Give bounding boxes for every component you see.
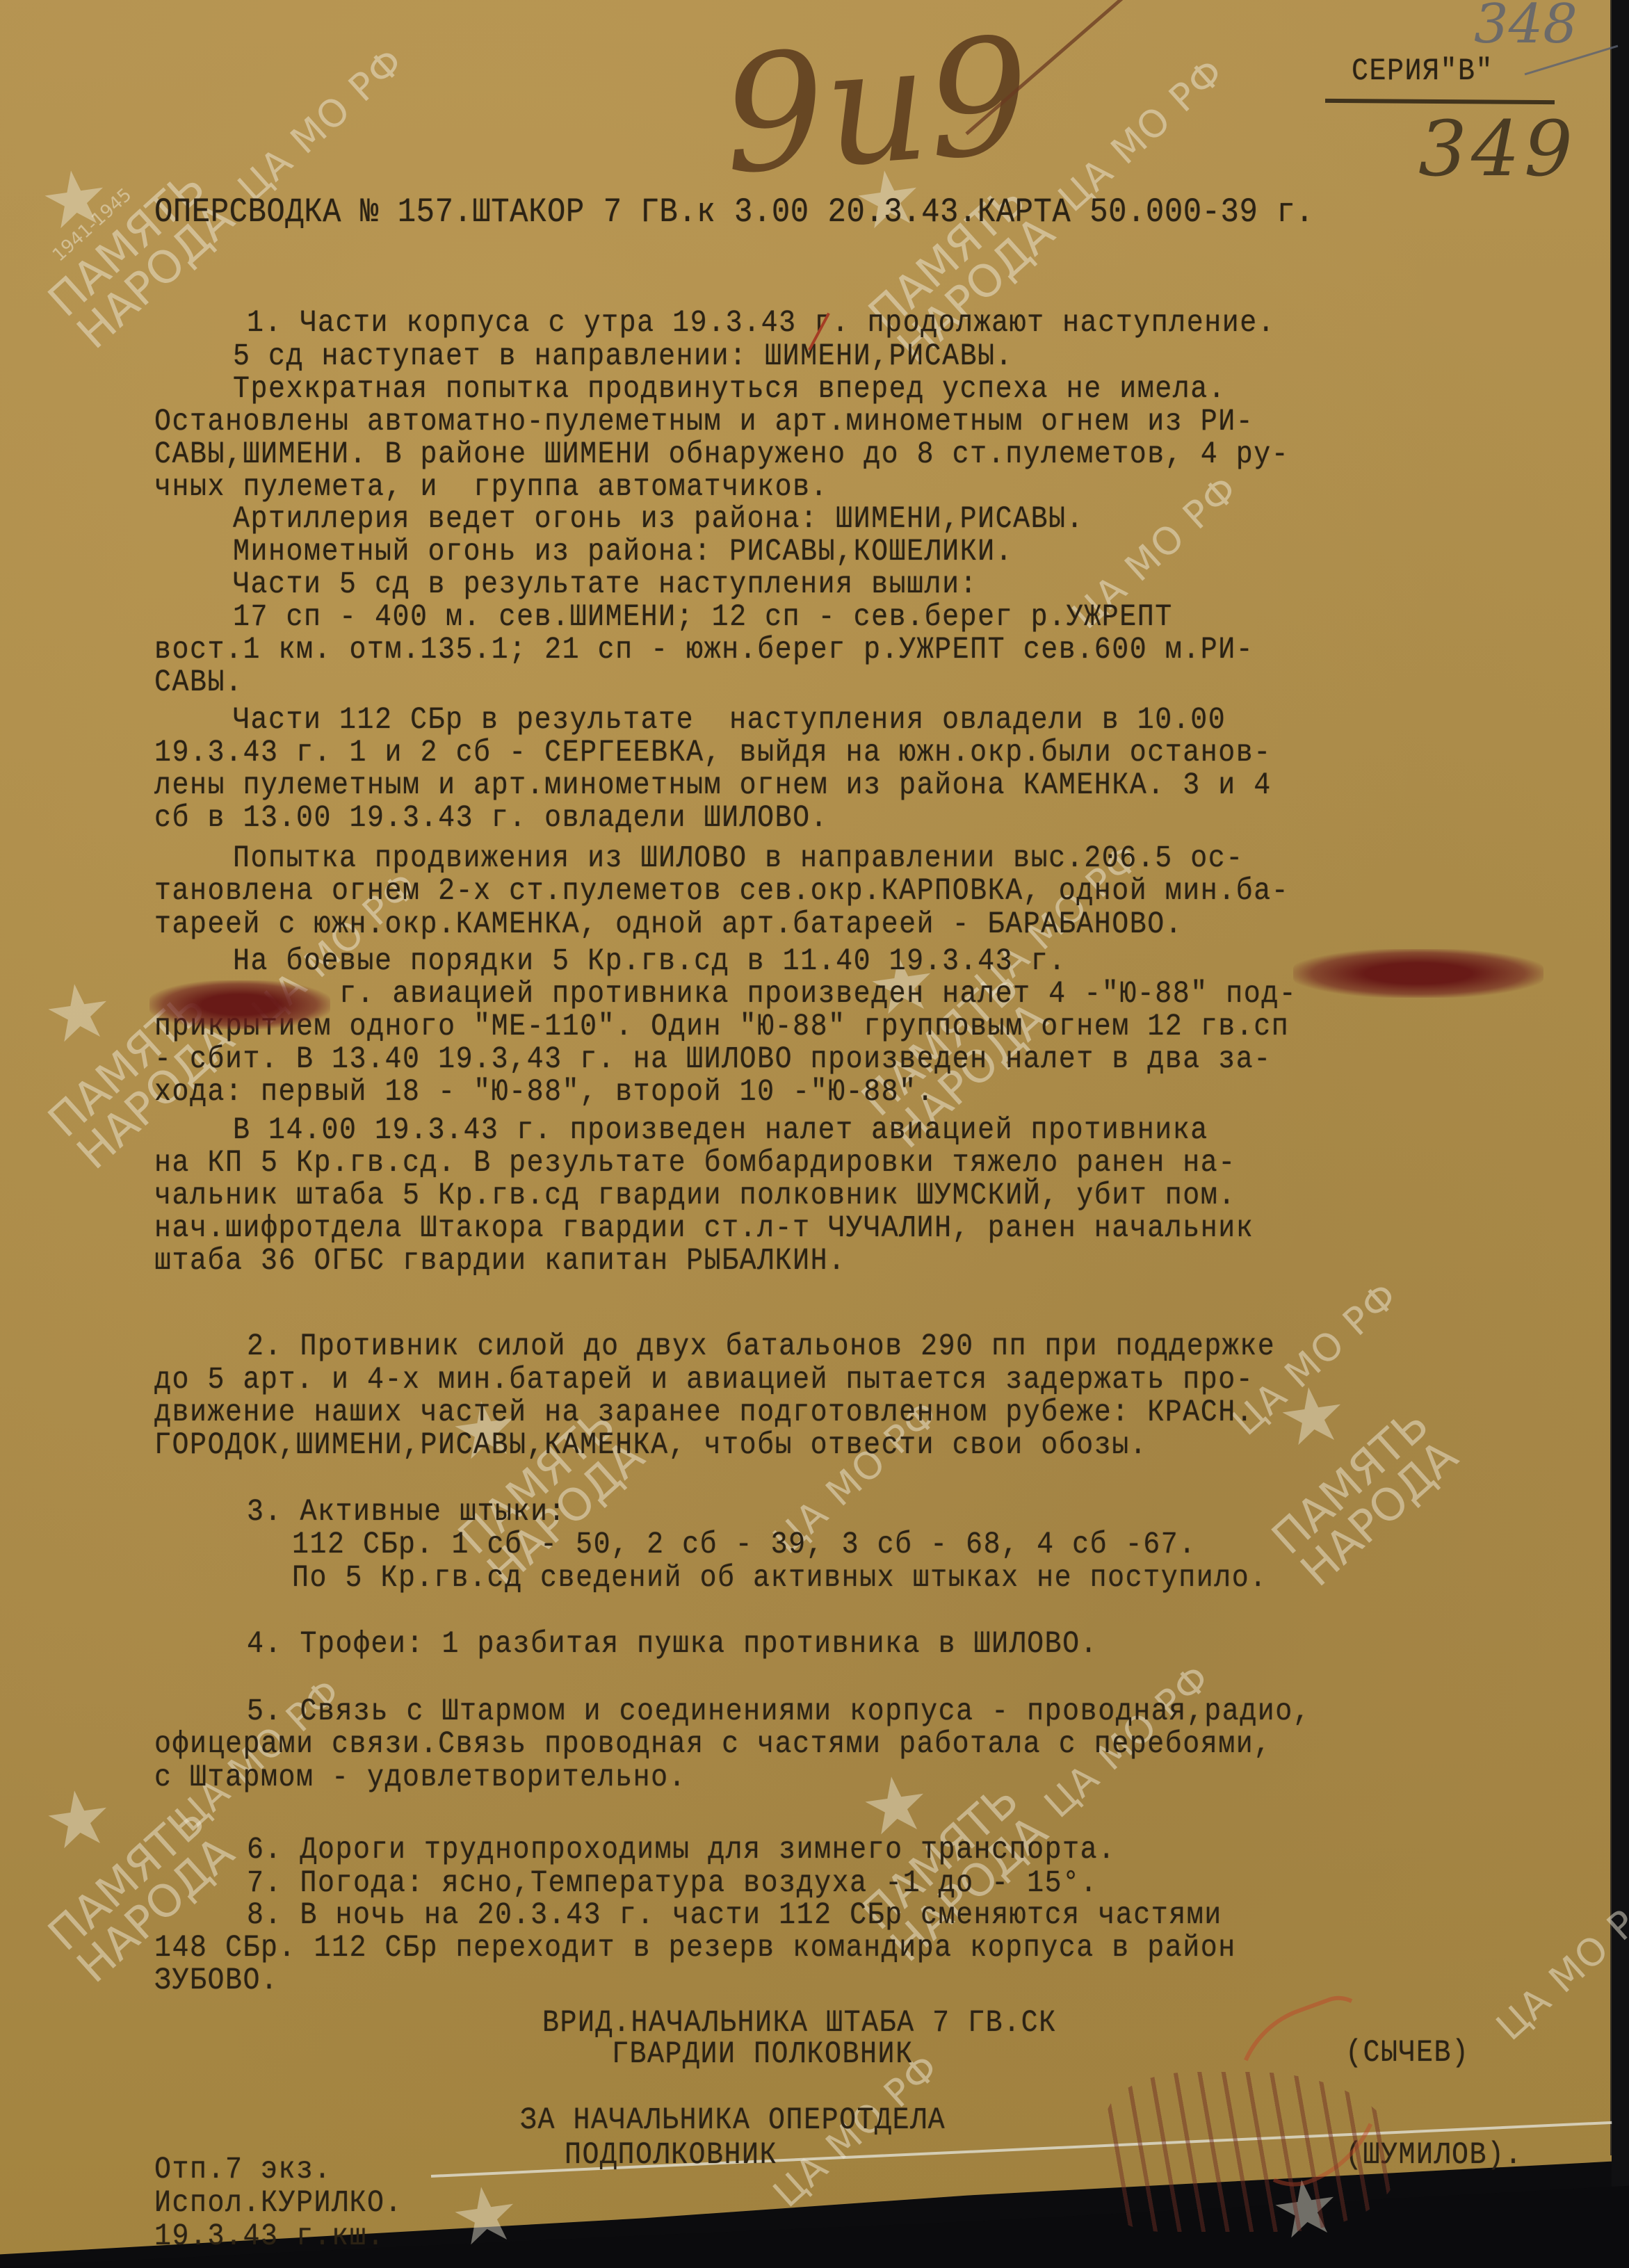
- section-1-line: Артиллерия ведет огонь из района: ШИМЕНИ…: [233, 502, 1084, 538]
- active-bayonets-5: По 5 Кр.гв.сд сведений об активных штыка…: [292, 1561, 1267, 1597]
- section-1-line: на КП 5 Кр.гв.сд. В результате бомбардир…: [154, 1146, 1236, 1182]
- page-number-pencil: 348: [1474, 0, 1578, 56]
- watermark-star-icon: ★: [38, 1770, 118, 1868]
- section-1-line: 5 сд наступает в направлении: ШИМЕНИ,РИС…: [233, 339, 1013, 375]
- section-5-line: с Штармом - удовлетворительно.: [154, 1760, 686, 1797]
- section-1-line: г. авиацией противника произведен налет …: [233, 977, 1297, 1013]
- series-label: СЕРИЯ"В": [1352, 54, 1493, 90]
- paper-edge-line: [1610, 0, 1612, 2155]
- signature-brown-pencil: [1105, 2072, 1397, 2232]
- watermark-star-icon: ★: [38, 964, 118, 1061]
- section-1-line: чных пулемета, и группа автоматчиков.: [154, 470, 828, 506]
- section-6-8-line: 7. Погода: ясно,Температура воздуха -1 д…: [247, 1866, 1098, 1902]
- section-5-line: 5. Связь с Штармом и соединениями корпус…: [247, 1694, 1311, 1731]
- section-1-line: На боевые порядки 5 Кр.гв.сд в 11.40 19.…: [233, 944, 1067, 980]
- chief-of-staff-rank: ГВАРДИИ ПОЛКОВНИК: [612, 2037, 914, 2073]
- section-3-heading: 3. Активные штыки:: [247, 1495, 566, 1531]
- section-1-line: Минометный огонь из района: РИСАВЫ,КОШЕЛ…: [233, 535, 1013, 571]
- section-1-line: Остановлены автоматно-пулеметным и арт.м…: [154, 405, 1254, 441]
- section-1-line: САВЫ.: [154, 665, 243, 702]
- executor: Испол.КУРИЛКО.: [154, 2186, 403, 2222]
- section-1-line: чальник штаба 5 Кр.гв.сд гвардии полковн…: [154, 1178, 1236, 1215]
- section-1-line: Попытка продвижения из ШИЛОВО в направле…: [233, 841, 1244, 877]
- section-2-line: 2. Противник силой до двух батальонов 29…: [247, 1329, 1275, 1366]
- section-4-trophies: 4. Трофеи: 1 разбитая пушка противника в…: [247, 1627, 1098, 1663]
- ops-chief-rank: ПОДПОЛКОВНИК: [565, 2138, 777, 2174]
- section-1-line: Части 112 СБр в результате наступления о…: [233, 703, 1226, 739]
- handwritten-resolution: 9и9: [717, 3, 1035, 210]
- watermark-star-icon: ★: [1272, 1367, 1352, 1464]
- watermark-star-icon: ★: [445, 2166, 525, 2264]
- copies-count: Отп.7 экз.: [154, 2153, 332, 2189]
- section-2-line: до 5 арт. и 4-х мин.батарей и авиацией п…: [154, 1363, 1254, 1399]
- section-1-line: 1. Части корпуса с утра 19.3.43 г. продо…: [247, 306, 1275, 342]
- section-1-line: Части 5 сд в результате наступления вышл…: [233, 567, 978, 604]
- section-2-line: ГОРОДОК,ШИМЕНИ,РИСАВЫ,КАМЕНКА, чтобы отв…: [154, 1428, 1147, 1464]
- page-number-stamp: 349: [1418, 104, 1577, 193]
- section-2-line: движение наших частей на заранее подгото…: [154, 1395, 1254, 1432]
- section-1-line: вост.1 км. отм.135.1; 21 сп - южн.берег …: [154, 633, 1254, 669]
- section-1-line: В 14.00 19.3.43 г. произведен налет авиа…: [233, 1113, 1208, 1149]
- section-1-line: - сбит. В 13.40 19.3,43 г. на ШИЛОВО про…: [154, 1042, 1272, 1078]
- ops-chief-title: ЗА НАЧАЛЬНИКА ОПЕРОТДЕЛА: [520, 2103, 946, 2139]
- chief-of-staff-title: ВРИД.НАЧАЛЬНИКА ШТАБА 7 ГВ.СК: [542, 2006, 1057, 2042]
- redaction-blot: [1293, 949, 1543, 998]
- section-6-8-line: 148 СБр. 112 СБр переходит в резерв кома…: [154, 1931, 1236, 1967]
- section-1-line: лены пулеметным и арт.минометным огнем и…: [154, 768, 1272, 804]
- section-1-line: штаба 36 ОГБС гвардии капитан РЫБАЛКИН.: [154, 1244, 846, 1280]
- section-5-line: офицерами связи.Связь проводная с частям…: [154, 1727, 1272, 1763]
- section-1-line: хода: первый 18 - "Ю-88", второй 10 -"Ю-…: [154, 1075, 934, 1111]
- section-1-line: САВЫ,ШИМЕНИ. В районе ШИМЕНИ обнаружено …: [154, 437, 1289, 473]
- document-title: ОПЕРСВОДКА № 157.ШТАКОР 7 ГВ.к 3.00 20.3…: [154, 195, 1314, 231]
- section-1-line: сб в 13.00 19.3.43 г. овладели ШИЛОВО.: [154, 801, 828, 837]
- section-1-line: тановлена огнем 2-х ст.пулеметов сев.окр…: [154, 874, 1289, 910]
- section-6-8-line: 8. В ночь на 20.3.43 г. части 112 СБр см…: [247, 1898, 1222, 1934]
- section-6-8-line: ЗУБОВО.: [154, 1963, 279, 2000]
- redaction-blot: [149, 980, 330, 1029]
- section-1-line: нач.шифротдела Штакора гвардии ст.л-т ЧУ…: [154, 1211, 1254, 1247]
- section-6-8-line: 6. Дороги труднопроходимы для зимнего тр…: [247, 1833, 1116, 1869]
- active-bayonets-112: 112 СБр. 1 сб - 50, 2 сб - 39, 3 сб - 68…: [292, 1528, 1197, 1564]
- section-1-line: 19.3.43 г. 1 и 2 сб - СЕРГЕЕВКА, выйдя н…: [154, 736, 1272, 772]
- section-1-line: 17 сп - 400 м. сев.ШИМЕНИ; 12 сп - сев.б…: [233, 600, 1173, 636]
- section-1-line: тареей с южн.окр.КАМЕНКА, одной арт.бата…: [154, 907, 1183, 943]
- section-1-line: Трехкратная попытка продвинуться вперед …: [233, 372, 1226, 408]
- typed-date: 19.3.43 г.кш.: [154, 2219, 385, 2255]
